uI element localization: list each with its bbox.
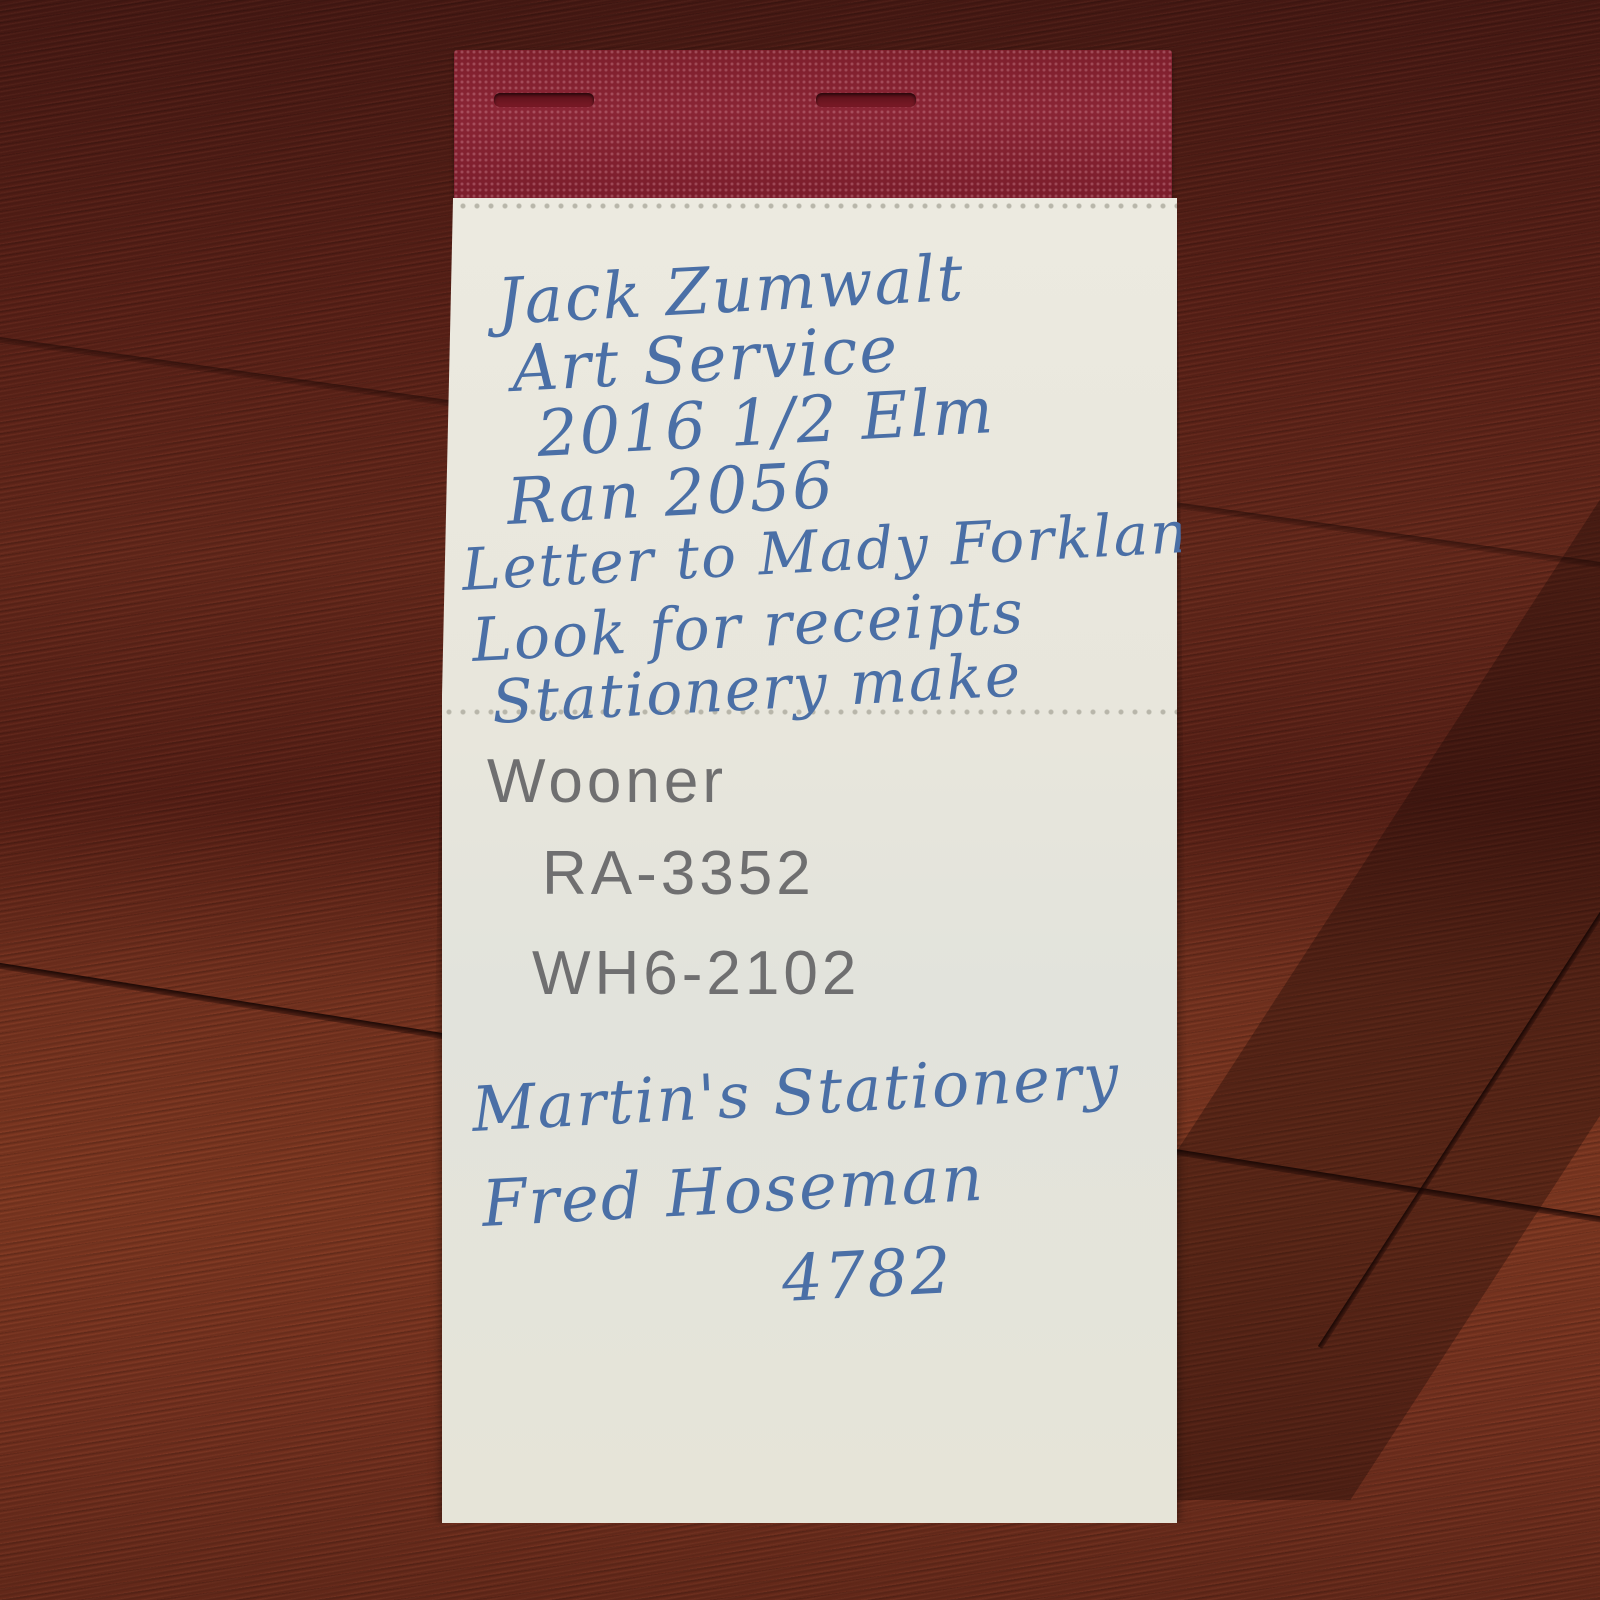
pencil-phone: WH6-2102	[532, 938, 860, 1009]
staple-icon	[494, 93, 594, 107]
pencil-phone: RA-3352	[542, 838, 815, 909]
staple-icon	[816, 93, 916, 107]
perforation-line	[442, 202, 1177, 210]
notepad: Jack Zumwalt Art Service 2016 1/2 Elm Ra…	[412, 50, 1212, 1580]
notepad-binding	[454, 50, 1172, 202]
note-number: 4782	[780, 1234, 955, 1317]
note-store: Martin's Stationery	[470, 1039, 1122, 1146]
pencil-note: Wooner	[487, 746, 727, 817]
note-contact: Fred Hoseman	[480, 1142, 986, 1242]
memo-sheet: Jack Zumwalt Art Service 2016 1/2 Elm Ra…	[442, 198, 1177, 1523]
